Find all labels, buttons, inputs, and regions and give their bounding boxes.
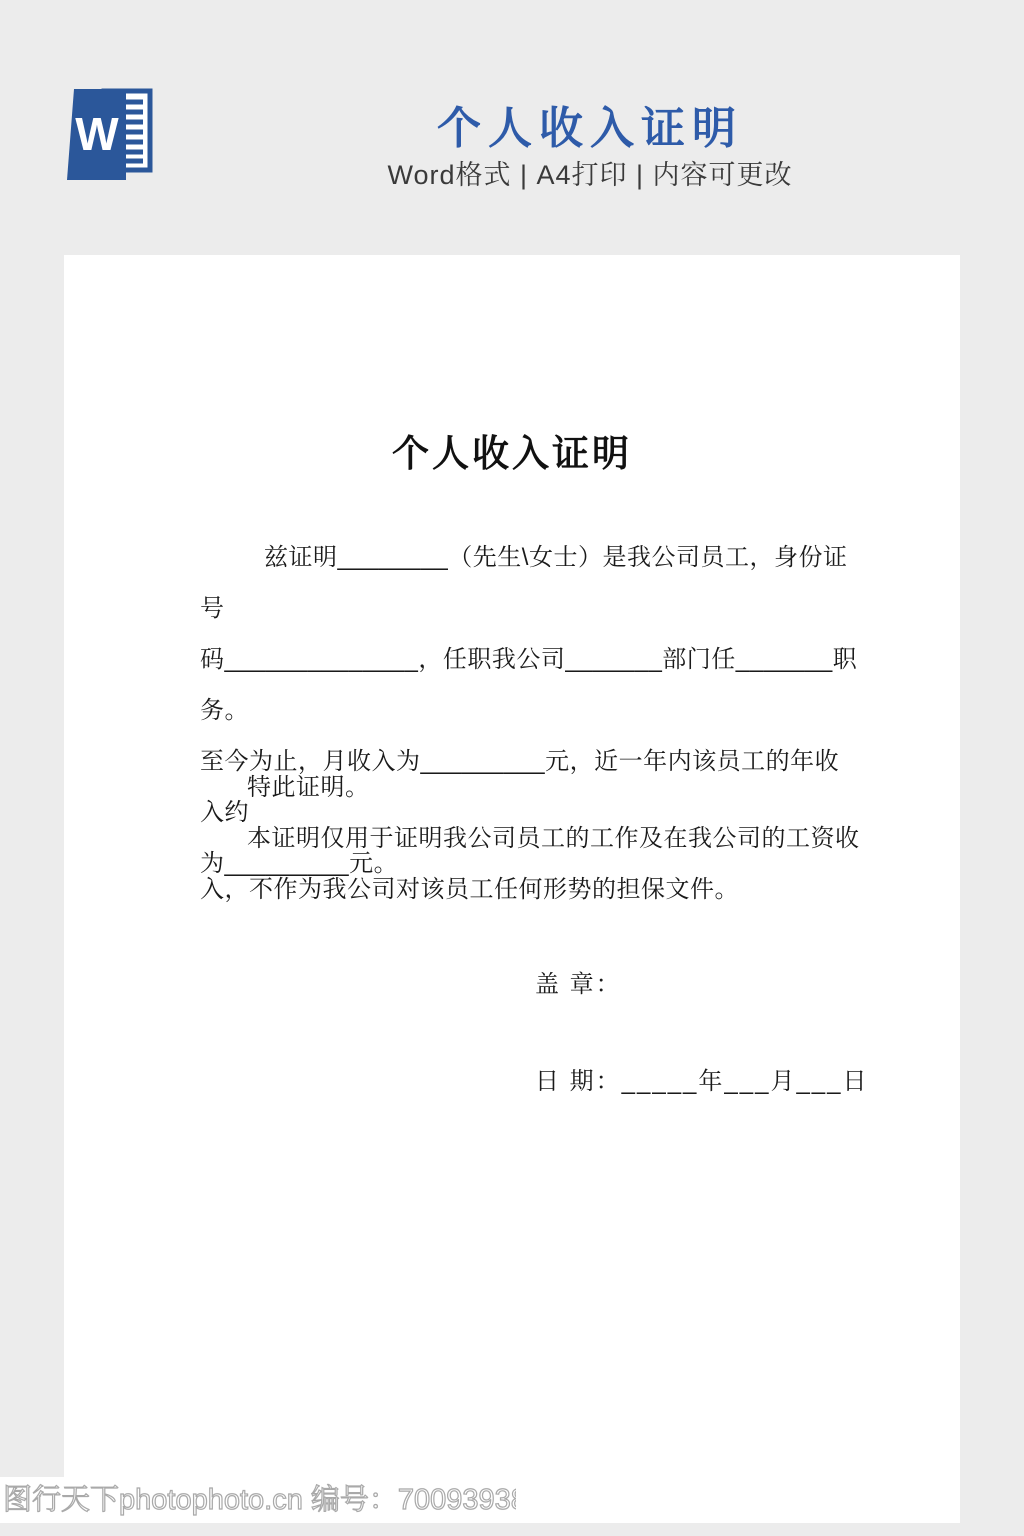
document-title: 个人收入证明 <box>64 423 960 477</box>
template-preview: W 个人收入证明 Word格式 | A4打印 | 内容可更改 个人收入证明 兹证… <box>0 0 1024 1536</box>
disclaimer-line: 入，不作为我公司对该员工任何形势的担保文件。 <box>200 864 860 915</box>
svg-text:W: W <box>75 108 119 160</box>
template-title: 个人收入证明 <box>160 92 1020 156</box>
template-subtitle: Word格式 | A4打印 | 内容可更改 <box>160 153 1020 192</box>
closing-paragraph: 特此证明。 本证明仅用于证明我公司员工的工作及在我公司的工资收 入，不作为我公司… <box>200 762 860 915</box>
date-label: 日 期：_____年___月___日 <box>535 1056 869 1107</box>
closing-line: 特此证明。 <box>200 762 860 813</box>
watermark: 图行天下photophoto.cn 编号：70093938 <box>0 1477 516 1523</box>
paragraph-line: 码______________，任职我公司_______部门任_______职务… <box>200 634 860 736</box>
document-page: 个人收入证明 兹证明________（先生\女士）是我公司员工，身份证号 码__… <box>64 255 960 1523</box>
seal-label: 盖 章： <box>535 959 622 1010</box>
word-icon: W <box>62 84 155 185</box>
disclaimer-line: 本证明仅用于证明我公司员工的工作及在我公司的工资收 <box>200 813 860 864</box>
paragraph-line: 兹证明________（先生\女士）是我公司员工，身份证号 <box>200 532 860 634</box>
